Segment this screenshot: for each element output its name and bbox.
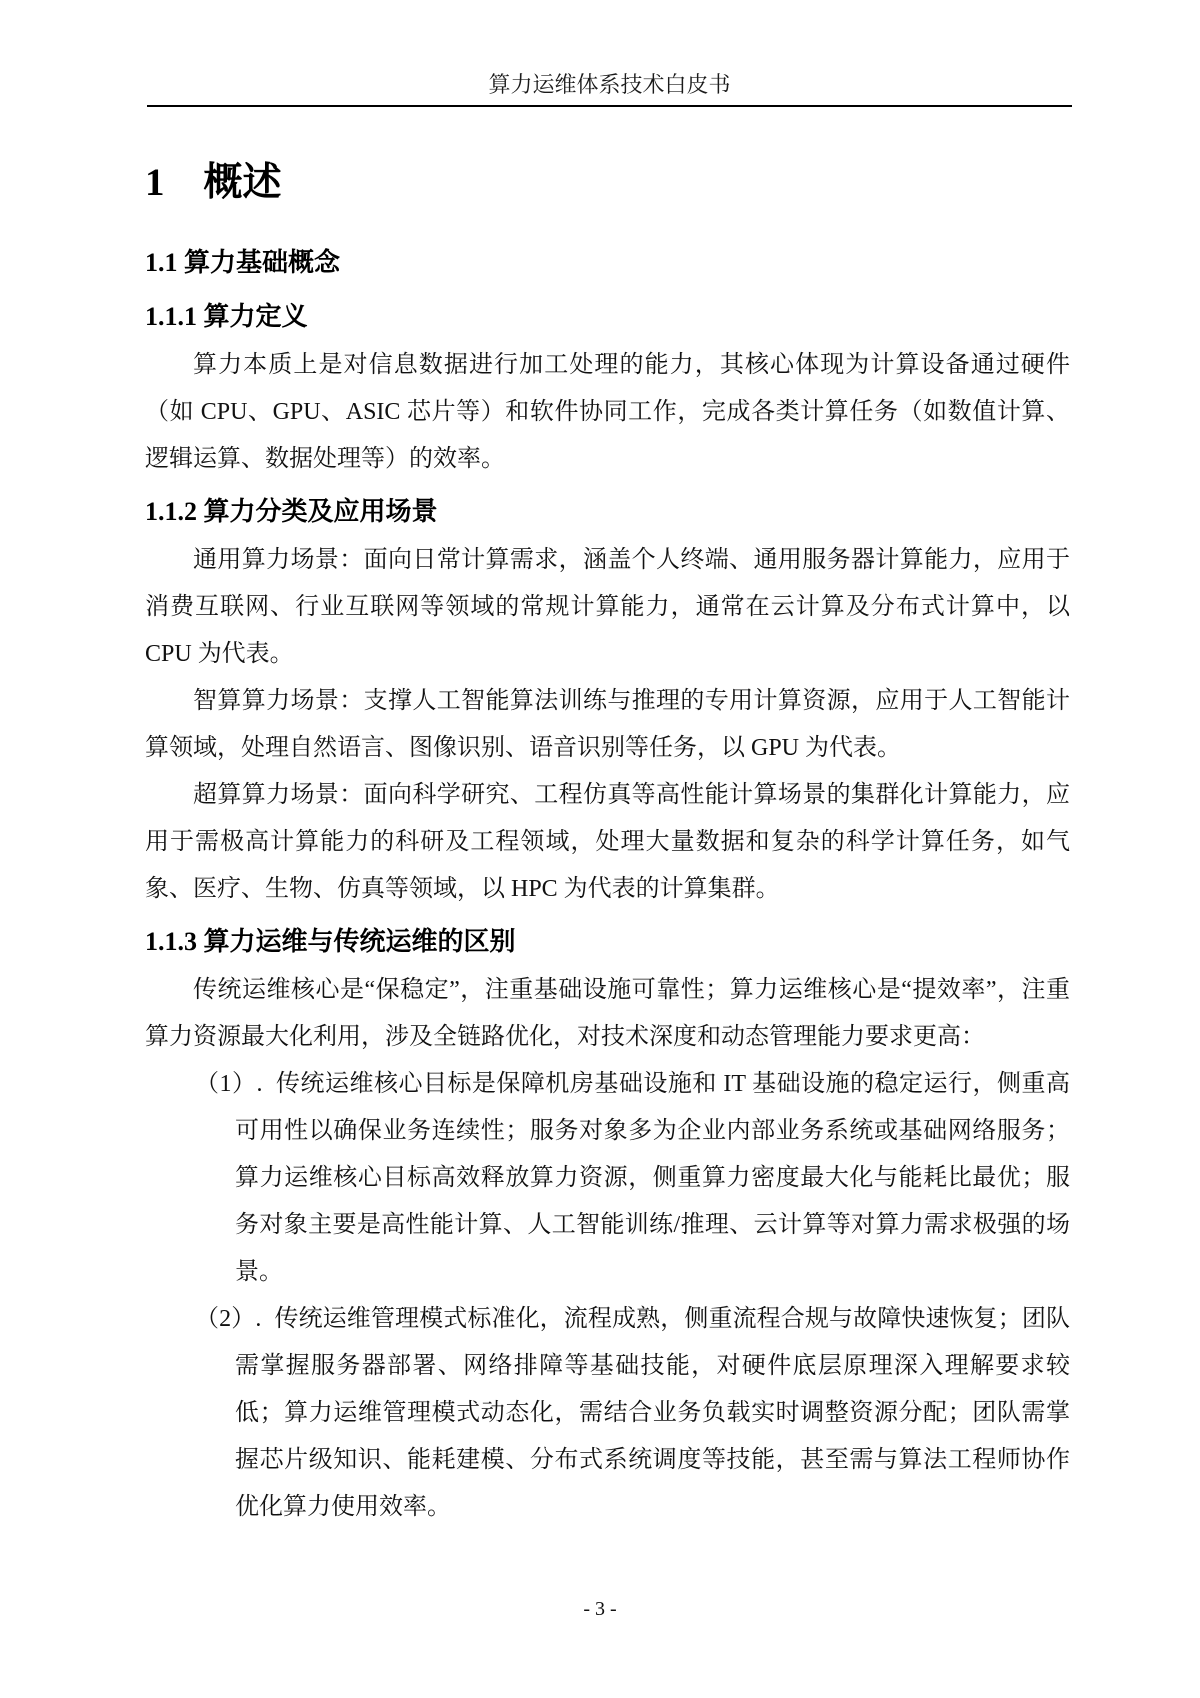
section-1-1-3-heading: 1.1.3 算力运维与传统运维的区别 [145,925,1070,959]
section-1-1-2-heading: 1.1.2 算力分类及应用场景 [145,495,1070,529]
chapter-heading: 1 概述 [145,158,1070,208]
page-header-title: 算力运维体系技术白皮书 [488,72,730,97]
document-page: 算力运维体系技术白皮书 1 概述 1.1 算力基础概念 1.1.1 算力定义 算… [0,0,1200,1698]
numbered-item-2-marker: （2）. [195,1306,261,1332]
page-number: - 3 - [583,1598,616,1620]
page-footer: - 3 - [0,1598,1200,1621]
paragraph-general-computing: 通用算力场景：面向日常计算需求，涵盖个人终端、通用服务器计算能力，应用于消费互联… [145,537,1070,678]
numbered-item-2: （2）.传统运维管理模式标准化，流程成熟，侧重流程合规与故障快速恢复；团队需掌握… [145,1296,1070,1531]
numbered-item-1-text: 传统运维核心目标是保障机房基础设施和 IT 基础设施的稳定运行，侧重高可用性以确… [235,1071,1070,1285]
paragraph-computing-definition: 算力本质上是对信息数据进行加工处理的能力，其核心体现为计算设备通过硬件（如 CP… [145,342,1070,483]
numbered-item-1-marker: （1）. [195,1071,262,1097]
paragraph-super-computing: 超算算力场景：面向科学研究、工程仿真等高性能计算场景的集群化计算能力，应用于需极… [145,772,1070,913]
section-1-1-1-heading: 1.1.1 算力定义 [145,300,1070,334]
paragraph-om-difference-intro: 传统运维核心是“保稳定”，注重基础设施可靠性；算力运维核心是“提效率”，注重算力… [145,967,1070,1061]
section-1-1-heading: 1.1 算力基础概念 [145,246,1070,280]
numbered-item-1: （1）.传统运维核心目标是保障机房基础设施和 IT 基础设施的稳定运行，侧重高可… [145,1061,1070,1296]
document-body: 1 概述 1.1 算力基础概念 1.1.1 算力定义 算力本质上是对信息数据进行… [145,158,1070,1531]
numbered-item-2-text: 传统运维管理模式标准化，流程成熟，侧重流程合规与故障快速恢复；团队需掌握服务器部… [235,1306,1070,1520]
paragraph-ai-computing: 智算算力场景：支撑人工智能算法训练与推理的专用计算资源，应用于人工智能计算领域，… [145,678,1070,772]
page-header: 算力运维体系技术白皮书 [147,72,1072,107]
